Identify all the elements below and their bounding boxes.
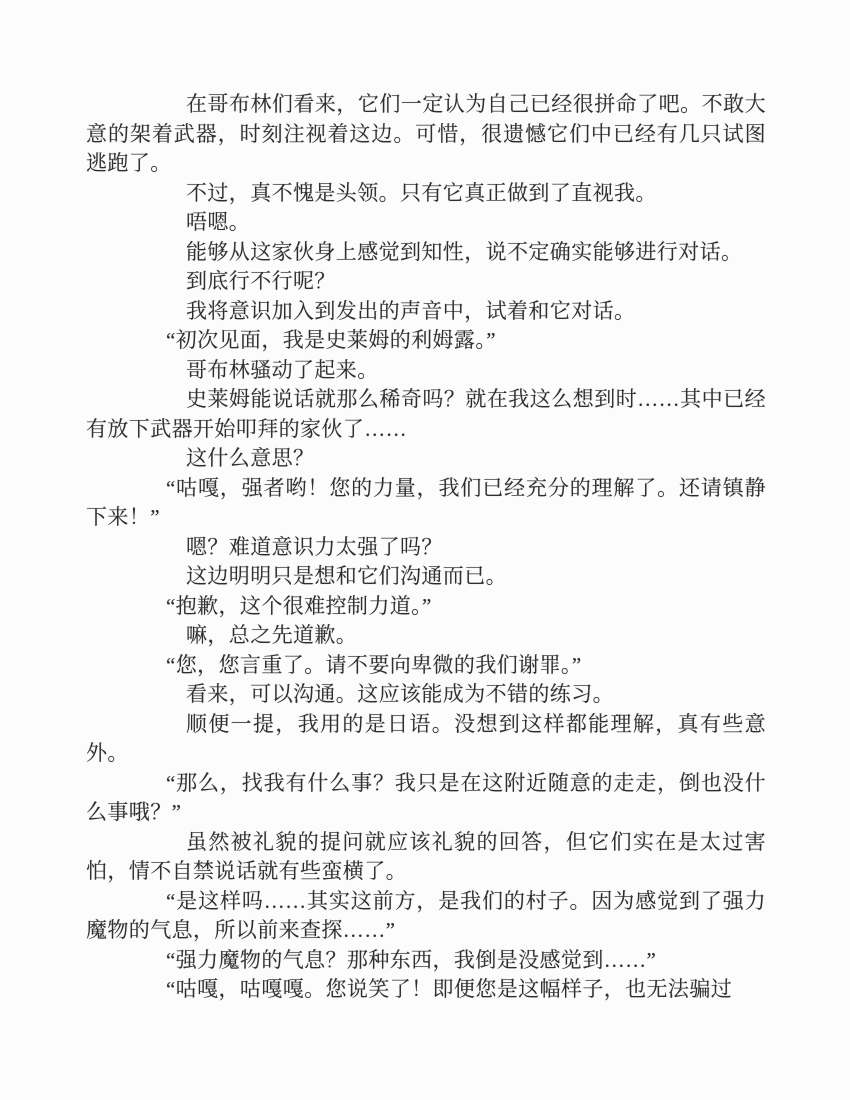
paragraph: 哥布林骚动了起来。 <box>86 356 766 386</box>
paragraph: “咕嘎，强者哟！您的力量，我们已经充分的理解了。还请镇静下来！” <box>86 474 766 533</box>
paragraph: “强力魔物的气息？那种东西，我倒是没感觉到……” <box>86 946 766 976</box>
paragraph: 到底行不行呢？ <box>86 267 766 297</box>
paragraph: 嗯？难道意识力太强了吗？ <box>86 533 766 563</box>
paragraph: “是这样吗……其实这前方，是我们的村子。因为感觉到了强力魔物的气息，所以前来查探… <box>86 887 766 946</box>
paragraph: “初次见面，我是史莱姆的利姆露。” <box>86 326 766 356</box>
paragraph: 史莱姆能说话就那么稀奇吗？就在我这么想到时……其中已经有放下武器开始叩拜的家伙了… <box>86 385 766 444</box>
paragraph: “您，您言重了。请不要向卑微的我们谢罪。” <box>86 651 766 681</box>
paragraph: “抱歉，这个很难控制力道。” <box>86 592 766 622</box>
paragraph: 虽然被礼貌的提问就应该礼貌的回答，但它们实在是太过害怕，情不自禁说话就有些蛮横了… <box>86 828 766 887</box>
paragraph: 唔嗯。 <box>86 208 766 238</box>
paragraph: “咕嘎，咕嘎嘎。您说笑了！即便您是这幅样子，也无法骗过 <box>86 975 766 1005</box>
paragraph: 能够从这家伙身上感觉到知性，说不定确实能够进行对话。 <box>86 238 766 268</box>
paragraph: 这边明明只是想和它们沟通而已。 <box>86 562 766 592</box>
paragraph: “那么，找我有什么事？我只是在这附近随意的走走，倒也没什么事哦？” <box>86 769 766 828</box>
novel-text-block: 在哥布林们看来，它们一定认为自己已经很拼命了吧。不敢大意的架着武器，时刻注视着这… <box>86 90 766 1005</box>
paragraph: 在哥布林们看来，它们一定认为自己已经很拼命了吧。不敢大意的架着武器，时刻注视着这… <box>86 90 766 179</box>
paragraph: 看来，可以沟通。这应该能成为不错的练习。 <box>86 680 766 710</box>
paragraph: 顺便一提，我用的是日语。没想到这样都能理解，真有些意外。 <box>86 710 766 769</box>
paragraph: 我将意识加入到发出的声音中，试着和它对话。 <box>86 297 766 327</box>
document-page: 在哥布林们看来，它们一定认为自己已经很拼命了吧。不敢大意的架着武器，时刻注视着这… <box>0 0 850 1100</box>
paragraph: 嘛，总之先道歉。 <box>86 621 766 651</box>
paragraph: 不过，真不愧是头领。只有它真正做到了直视我。 <box>86 179 766 209</box>
paragraph: 这什么意思？ <box>86 444 766 474</box>
